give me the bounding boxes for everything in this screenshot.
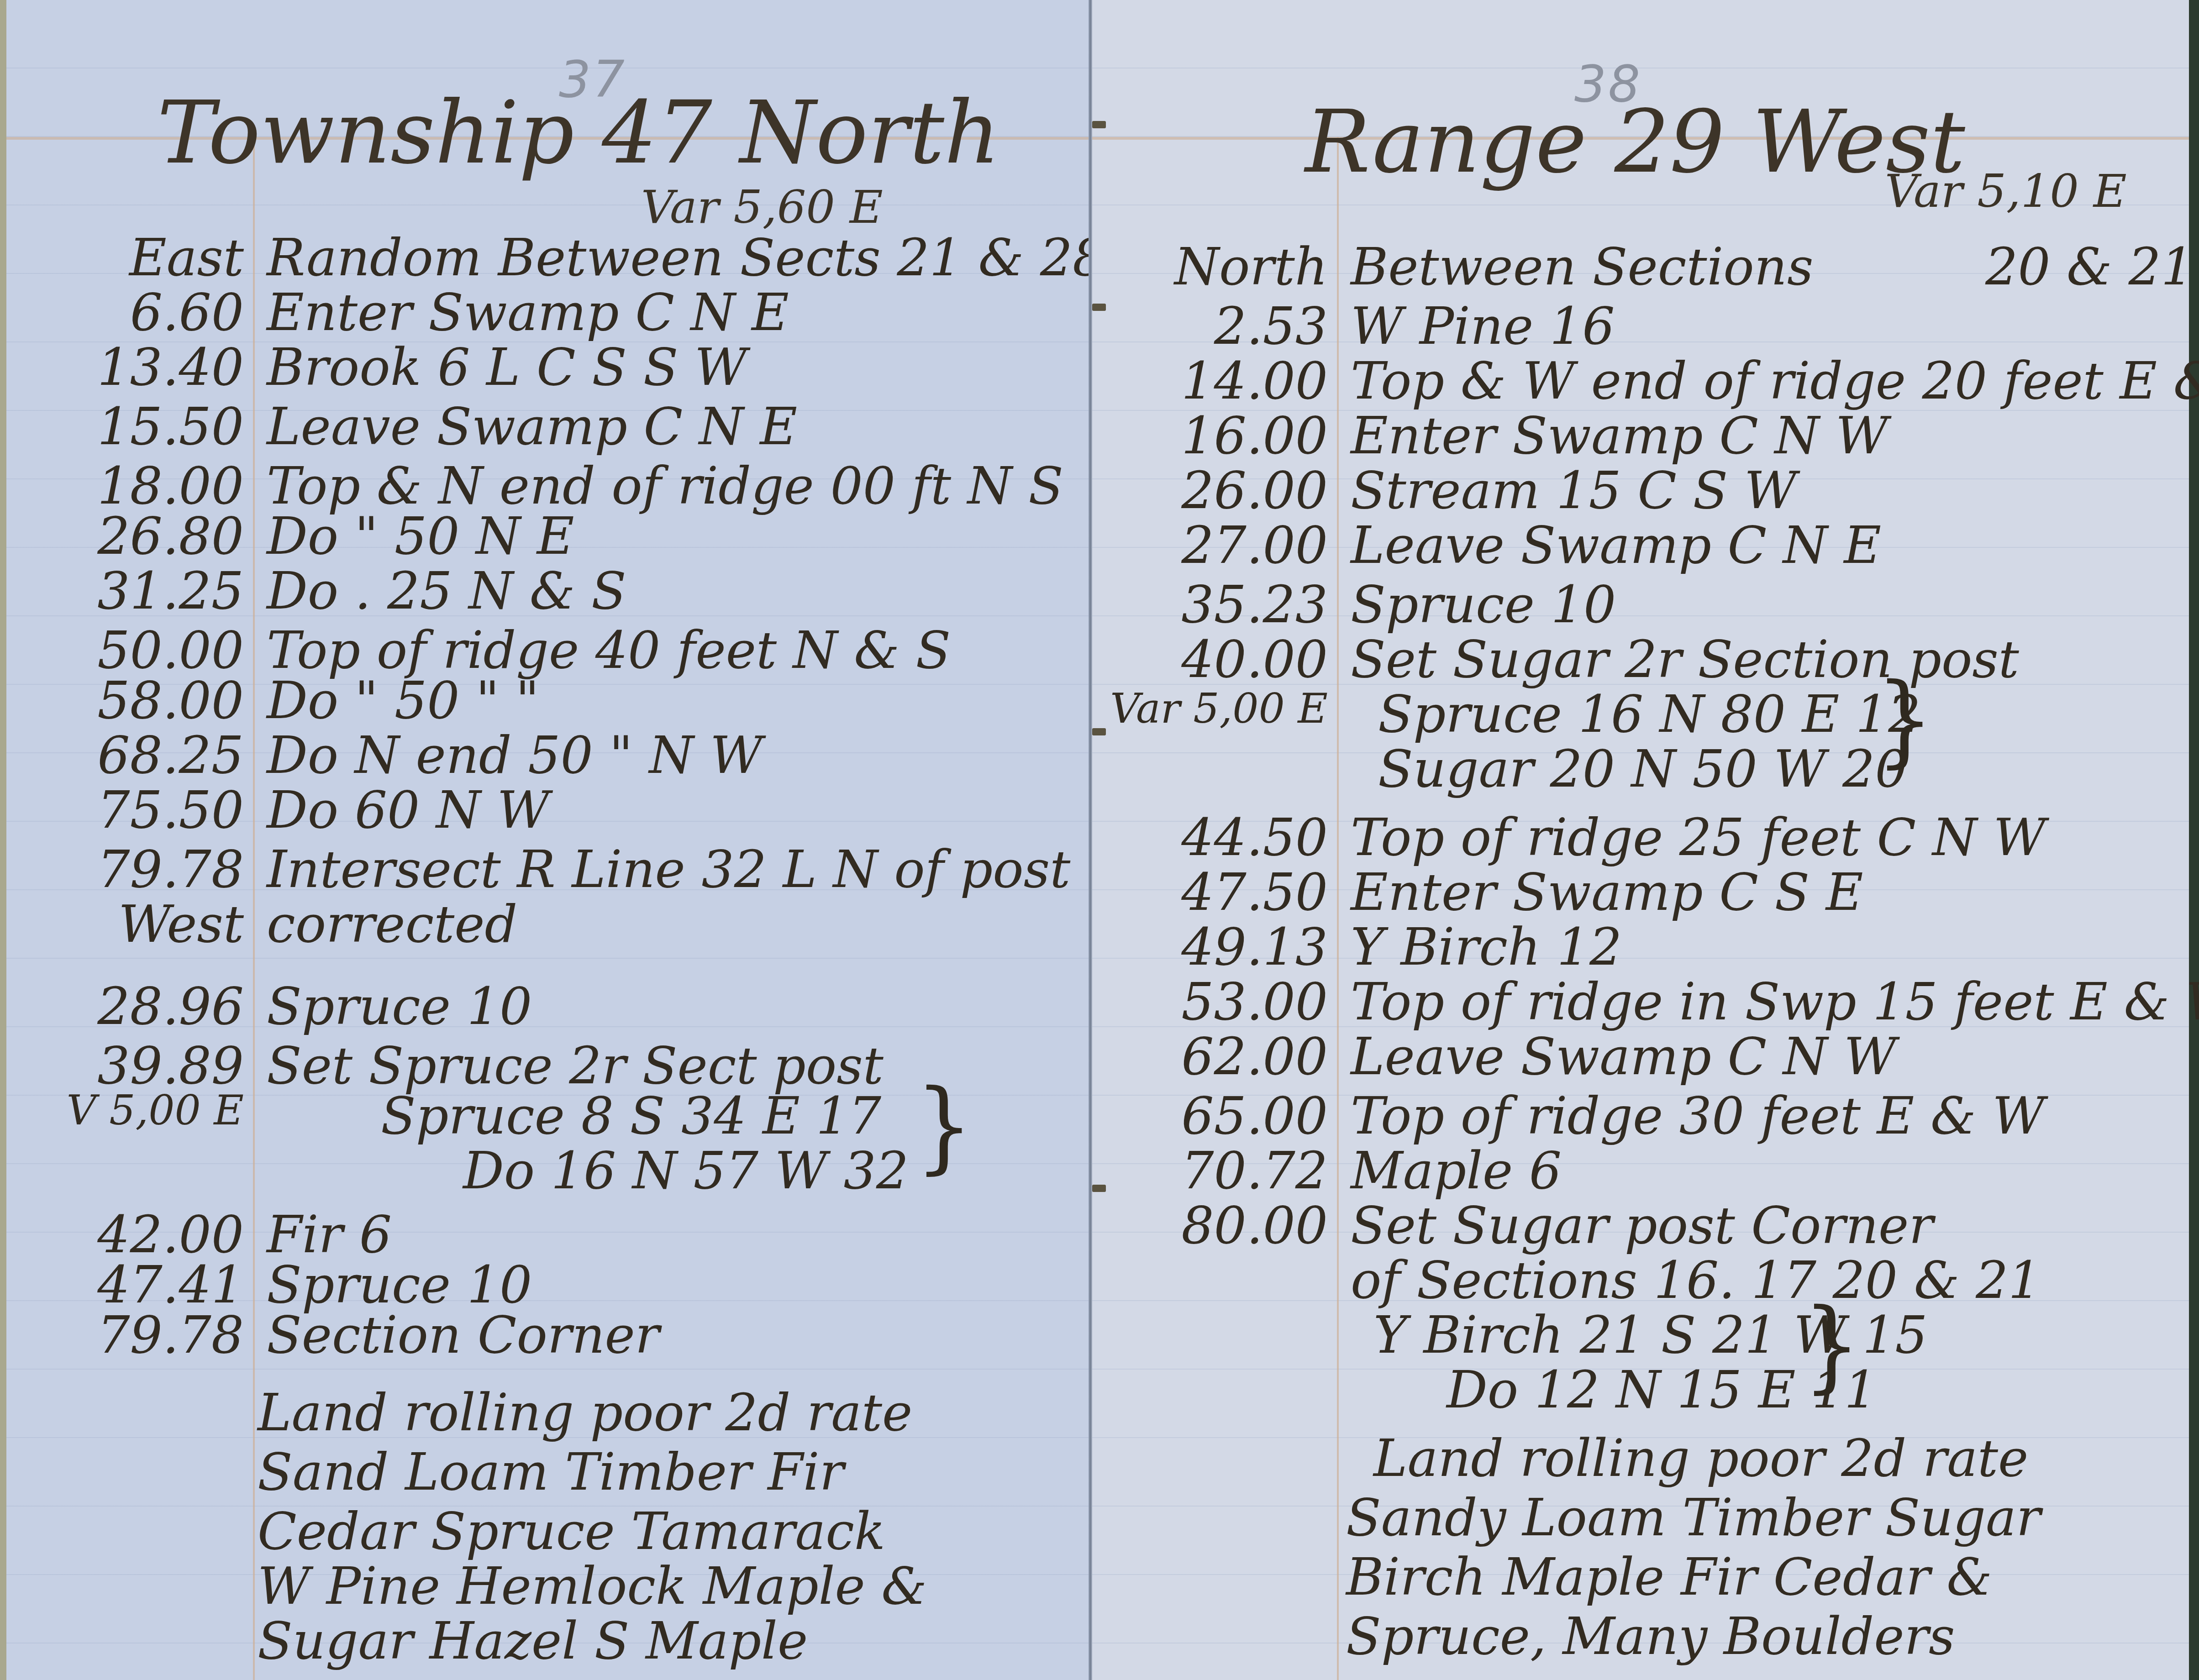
- description: Top of ridge 30 feet E & W: [1351, 1087, 2045, 1146]
- description: W Pine 16: [1351, 297, 1615, 356]
- land-line: Land rolling poor 2d rate: [6, 1383, 1090, 1443]
- second-heading-row: West corrected: [6, 895, 1090, 954]
- description: Do " 50 N E: [267, 507, 574, 566]
- line-heading-sections: 20 & 21: [1985, 237, 2194, 297]
- table-row: Var 5,00 E Spruce 16 N 80 E 12: [1090, 685, 2189, 744]
- distance: 16.00: [1090, 406, 1328, 466]
- table-row: Sugar 20 N 50 W 20: [1090, 740, 2189, 799]
- table-row: 13.40 Brook 6 L C S S W: [6, 338, 1090, 397]
- bearing-tree-brace: }: [1803, 1286, 1861, 1403]
- description: Do 16 N 57 W 32: [463, 1141, 909, 1201]
- description: Do " 50 " ": [267, 671, 539, 730]
- page-title: Range 29 West: [1305, 91, 1965, 192]
- variation-note: Var 5,10 E: [1885, 164, 2127, 218]
- table-row: 79.78 Intersect R Line 32 L N of post: [6, 840, 1090, 899]
- description: Leave Swamp C N W: [1351, 1027, 1896, 1087]
- variation-note: Var 5,60 E: [641, 180, 883, 234]
- description: Intersect R Line 32 L N of post: [267, 840, 1070, 899]
- table-row: 31.25 Do . 25 N & S: [6, 562, 1090, 621]
- table-row: 14.00 Top & W end of ridge 20 feet E & W: [1090, 352, 2189, 411]
- land-line: Sandy Loam Timber Sugar: [1090, 1488, 2189, 1548]
- direction-label: West: [6, 895, 244, 954]
- table-row: 16.00 Enter Swamp C N W: [1090, 406, 2189, 466]
- description: Section Corner: [267, 1306, 659, 1365]
- table-row: 53.00 Top of ridge in Swp 15 feet E & W: [1090, 972, 2189, 1032]
- table-row: 28.96 Spruce 10: [6, 977, 1090, 1036]
- description: Set Sugar post Corner: [1351, 1196, 1933, 1255]
- line-heading: Between Sections: [1351, 237, 1813, 297]
- distance: 27.00: [1090, 516, 1328, 575]
- description: Leave Swamp C N E: [1351, 516, 1881, 575]
- table-row: 58.00 Do " 50 " ": [6, 671, 1090, 730]
- binding-stitch: [1092, 121, 1106, 128]
- table-row: 2.53 W Pine 16: [1090, 297, 2189, 356]
- distance: 6.60: [6, 283, 244, 342]
- table-row: 26.80 Do " 50 N E: [6, 507, 1090, 566]
- distance: 28.96: [6, 977, 244, 1036]
- binding-stitch: [1092, 304, 1106, 311]
- table-row: 80.00 Set Sugar post Corner: [1090, 1196, 2189, 1255]
- table-row: 40.00 Set Sugar 2r Section post: [1090, 630, 2189, 689]
- description: Enter Swamp C N W: [1351, 406, 1888, 466]
- table-row: 6.60 Enter Swamp C N E: [6, 283, 1090, 342]
- distance: 62.00: [1090, 1027, 1328, 1087]
- distance: 79.78: [6, 1306, 244, 1365]
- left-page: 37 Township 47 North Var 5,60 E East Ran…: [0, 0, 1090, 1680]
- table-row: 75.50 Do 60 N W: [6, 781, 1090, 840]
- table-row: Y Birch 21 S 21 W 15: [1090, 1306, 2189, 1365]
- variation-margin-note: Var 5,00 E: [1090, 685, 1328, 733]
- book-gutter: [1089, 0, 1092, 1680]
- description: Brook 6 L C S S W: [267, 338, 747, 397]
- description: Top & W end of ridge 20 feet E & W: [1351, 352, 2199, 411]
- description: Top of ridge in Swp 15 feet E & W: [1351, 972, 2199, 1032]
- distance: 80.00: [1090, 1196, 1328, 1255]
- table-row: of Sections 16. 17 20 & 21: [1090, 1251, 2189, 1310]
- table-row: 49.13 Y Birch 12: [1090, 918, 2189, 977]
- land-line: Spruce, Many Boulders: [1090, 1607, 2189, 1666]
- distance: 2.53: [1090, 297, 1328, 356]
- description: Maple 6: [1351, 1141, 1562, 1201]
- description: Spruce 8 S 34 E 17: [381, 1087, 881, 1146]
- line-heading-row: North Between Sections 20 & 21: [1090, 237, 2189, 297]
- line-heading: corrected: [267, 895, 517, 954]
- land-line: Land rolling poor 2d rate: [1090, 1429, 2189, 1488]
- description: Enter Swamp C S E: [1351, 863, 1863, 922]
- distance: 47.50: [1090, 863, 1328, 922]
- bearing-tree-brace: }: [1876, 661, 1934, 778]
- table-row: 47.50 Enter Swamp C S E: [1090, 863, 2189, 922]
- right-page: 38 Range 29 West Var 5,10 E North Betwee…: [1090, 0, 2199, 1680]
- description: Spruce 16 N 80 E 12: [1378, 685, 1920, 744]
- distance: 15.50: [6, 397, 244, 457]
- distance: 53.00: [1090, 972, 1328, 1032]
- line-heading: Random Between Sects 21 & 28: [267, 228, 1105, 288]
- table-row: Do 12 N 15 E 11: [1090, 1360, 2189, 1420]
- land-line: Sugar Hazel S Maple: [6, 1612, 1090, 1671]
- table-row: 26.00 Stream 15 C S W: [1090, 461, 2189, 520]
- variation-margin-note: V 5,00 E: [6, 1087, 244, 1134]
- distance: 75.50: [6, 781, 244, 840]
- description: Stream 15 C S W: [1351, 461, 1797, 520]
- land-line: Sand Loam Timber Fir: [6, 1443, 1090, 1502]
- description: Leave Swamp C N E: [267, 397, 797, 457]
- table-row: 65.00 Top of ridge 30 feet E & W: [1090, 1087, 2189, 1146]
- table-row: 15.50 Leave Swamp C N E: [6, 397, 1090, 457]
- land-line: Birch Maple Fir Cedar &: [1090, 1548, 2189, 1607]
- distance: 14.00: [1090, 352, 1328, 411]
- description: Spruce 10: [1351, 575, 1616, 635]
- distance: 31.25: [6, 562, 244, 621]
- description: Do N end 50 " N W: [267, 726, 763, 785]
- table-row: 62.00 Leave Swamp C N W: [1090, 1027, 2189, 1087]
- page-title: Township 47 North: [157, 82, 1000, 183]
- binding-stitch: [1092, 1185, 1106, 1192]
- distance: 58.00: [6, 671, 244, 730]
- table-row: 68.25 Do N end 50 " N W: [6, 726, 1090, 785]
- distance: 35.23: [1090, 575, 1328, 635]
- distance: 49.13: [1090, 918, 1328, 977]
- description: Sugar 20 N 50 W 20: [1378, 740, 1908, 799]
- distance: 13.40: [6, 338, 244, 397]
- description: Do 60 N W: [267, 781, 550, 840]
- direction-label: North: [1090, 237, 1328, 297]
- table-row: 70.72 Maple 6: [1090, 1141, 2189, 1201]
- land-line: W Pine Hemlock Maple &: [6, 1557, 1090, 1616]
- direction-label: East: [6, 228, 244, 288]
- table-row: 27.00 Leave Swamp C N E: [1090, 516, 2189, 575]
- description: Enter Swamp C N E: [267, 283, 789, 342]
- land-line: Cedar Spruce Tamarack: [6, 1502, 1090, 1561]
- table-row: 35.23 Spruce 10: [1090, 575, 2189, 635]
- description: Do . 25 N & S: [267, 562, 626, 621]
- notebook-spread: 37 Township 47 North Var 5,60 E East Ran…: [0, 0, 2199, 1680]
- description: Top of ridge 25 feet C N W: [1351, 808, 2046, 867]
- description: Y Birch 12: [1351, 918, 1622, 977]
- line-heading-row: East Random Between Sects 21 & 28: [6, 228, 1090, 288]
- distance: 70.72: [1090, 1141, 1328, 1201]
- distance: 26.80: [6, 507, 244, 566]
- distance: 40.00: [1090, 630, 1328, 689]
- distance: 79.78: [6, 840, 244, 899]
- table-row: 79.78 Section Corner: [6, 1306, 1090, 1365]
- bearing-tree-brace: }: [915, 1067, 973, 1184]
- binding-stitch: [1092, 728, 1106, 735]
- distance: 44.50: [1090, 808, 1328, 867]
- distance: 65.00: [1090, 1087, 1328, 1146]
- description: Spruce 10: [267, 977, 532, 1036]
- distance: 68.25: [6, 726, 244, 785]
- table-row: 44.50 Top of ridge 25 feet C N W: [1090, 808, 2189, 867]
- distance: 26.00: [1090, 461, 1328, 520]
- description: of Sections 16. 17 20 & 21: [1351, 1251, 2041, 1310]
